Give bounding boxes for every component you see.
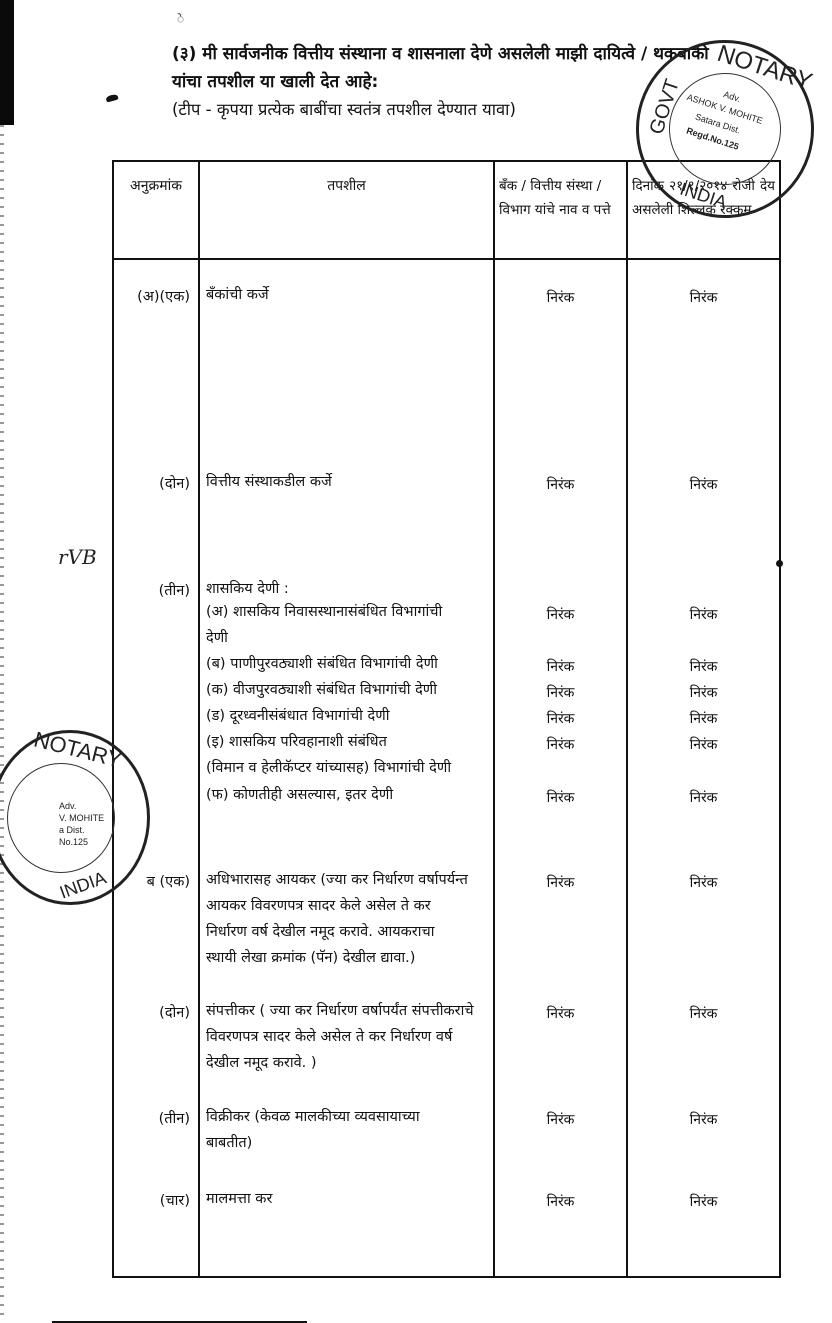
row-bank-value: निरंक [495,1192,626,1211]
row-balance-value: निरंक [628,709,779,728]
row-bank-value: निरंक [495,605,626,624]
bank-column: निरंकनिरंकनिरंकनिरंकनिरंकनिरंकनिरंकनिरंक… [494,259,627,1277]
detail-line: देणी [200,625,493,651]
header-detail: तपशील [199,161,494,259]
row-detail: अधिभारासह आयकर (ज्या कर निर्धारण वर्षापर… [200,867,493,971]
detail-line: (विमान व हेलीकॅप्टर यांच्यासह) विभागांची… [200,755,493,781]
row-detail: मालमत्ता कर [200,1186,493,1212]
detail-line: (ब) पाणीपुरवठ्याशी संबंधित विभागांची देण… [200,651,493,677]
row-serial: (तीन) [159,580,190,600]
margin-ink-dot [776,560,783,567]
row-bank-value: निरंक [495,288,626,307]
balance-column: निरंकनिरंकनिरंकनिरंकनिरंकनिरंकनिरंकनिरंक… [627,259,780,1277]
row-serial: (तीन) [159,1108,190,1128]
row-detail: वित्तीय संस्थाकडील कर्जे [200,469,493,495]
row-balance-value: निरंक [628,683,779,702]
top-mark: े [177,10,184,27]
row-balance-value: निरंक [628,1004,779,1023]
header-bank: बँक / वित्तीय संस्था / विभाग यांचे नाव व… [494,161,627,259]
row-detail: संपत्तीकर ( ज्या कर निर्धारण वर्षापर्यंत… [200,998,493,1076]
detail-line: (इ) शासकिय परिवहानाशी संबंधित [200,729,493,755]
liabilities-table: अनुक्रमांक तपशील बँक / वित्तीय संस्था / … [112,160,781,1278]
row-bank-value: निरंक [495,709,626,728]
detail-line: (क) वीजपुरवठ्याशी संबंधित विभागांची देणी [200,677,493,703]
row-bank-value: निरंक [495,657,626,676]
row-bank-value: निरंक [495,788,626,807]
detail-line: बाबतीत) [200,1130,493,1156]
row-balance-value: निरंक [628,1110,779,1129]
detail-line: (ड) दूरध्वनीसंबंधात विभागांची देणी [200,703,493,729]
row-balance-value: निरंक [628,735,779,754]
stamp-line-1: Adv. [59,801,76,811]
detail-line: मालमत्ता कर [200,1186,493,1212]
stamp-line-4: No.125 [59,837,88,847]
detail-line: (फ) कोणतीही असल्यास, इतर देणी [200,782,493,808]
header-serial: अनुक्रमांक [113,161,199,259]
row-balance-value: निरंक [628,288,779,307]
detail-line: निर्धारण वर्ष देखील नमूद करावे. आयकराचा [200,919,493,945]
row-detail: (इ) शासकिय परिवहानाशी संबंधित(विमान व हे… [200,729,493,781]
row-detail: (फ) कोणतीही असल्यास, इतर देणी [200,782,493,808]
row-bank-value: निरंक [495,1110,626,1129]
row-serial: (चार) [160,1190,190,1210]
stamp-line-3: a Dist. [59,825,85,835]
row-balance-value: निरंक [628,788,779,807]
row-detail: विक्रीकर (केवळ मालकीच्या व्यवसायाच्याबाब… [200,1104,493,1156]
detail-line: वित्तीय संस्थाकडील कर्जे [200,469,493,495]
row-balance-value: निरंक [628,1192,779,1211]
stamp-line-2: V. MOHITE [59,813,104,823]
detail-line: विवरणपत्र सादर केले असेल ते कर निर्धारण … [200,1024,493,1050]
row-detail: (ड) दूरध्वनीसंबंधात विभागांची देणी [200,703,493,729]
detail-line: देखील नमूद करावे. ) [200,1050,493,1076]
detail-line: (अ) शासकिय निवासस्थानासंबंधित विभागांची [200,599,493,625]
detail-line: संपत्तीकर ( ज्या कर निर्धारण वर्षापर्यंत… [200,998,493,1024]
row-balance-value: निरंक [628,657,779,676]
row-bank-value: निरंक [495,735,626,754]
row-balance-value: निरंक [628,475,779,494]
margin-initials: rVB [58,545,97,569]
row-balance-value: निरंक [628,873,779,892]
row-detail: (अ) शासकिय निवासस्थानासंबंधित विभागांचीद… [200,599,493,651]
detail-line: अधिभारासह आयकर (ज्या कर निर्धारण वर्षापर… [200,867,493,893]
detail-column: बँकांची कर्जेवित्तीय संस्थाकडील कर्जेशास… [199,259,494,1277]
detail-line: बँकांची कर्जे [200,282,493,308]
row-serial: (दोन) [159,1002,190,1022]
row-serial: (अ)(एक) [137,286,190,306]
scan-shadow-edge [0,0,14,125]
row-serial: ब (एक) [147,871,190,891]
row-bank-value: निरंक [495,683,626,702]
detail-line: आयकर विवरणपत्र सादर केले असेल ते कर [200,893,493,919]
row-detail: बँकांची कर्जे [200,282,493,308]
row-bank-value: निरंक [495,1004,626,1023]
row-bank-value: निरंक [495,475,626,494]
row-balance-value: निरंक [628,605,779,624]
stray-ink-mark [105,94,118,103]
row-detail: (क) वीजपुरवठ्याशी संबंधित विभागांची देणी [200,677,493,703]
table-body: (अ)(एक)(दोन)(तीन)ब (एक)(दोन)(तीन)(चार) ब… [113,259,780,1277]
detail-line: स्थायी लेखा क्रमांक (पॅन) देखील द्यावा.) [200,945,493,971]
detail-line: विक्रीकर (केवळ मालकीच्या व्यवसायाच्या [200,1104,493,1130]
scan-edge-noise [0,125,4,1315]
row-serial: (दोन) [159,473,190,493]
row-bank-value: निरंक [495,873,626,892]
row-detail: (ब) पाणीपुरवठ्याशी संबंधित विभागांची देण… [200,651,493,677]
